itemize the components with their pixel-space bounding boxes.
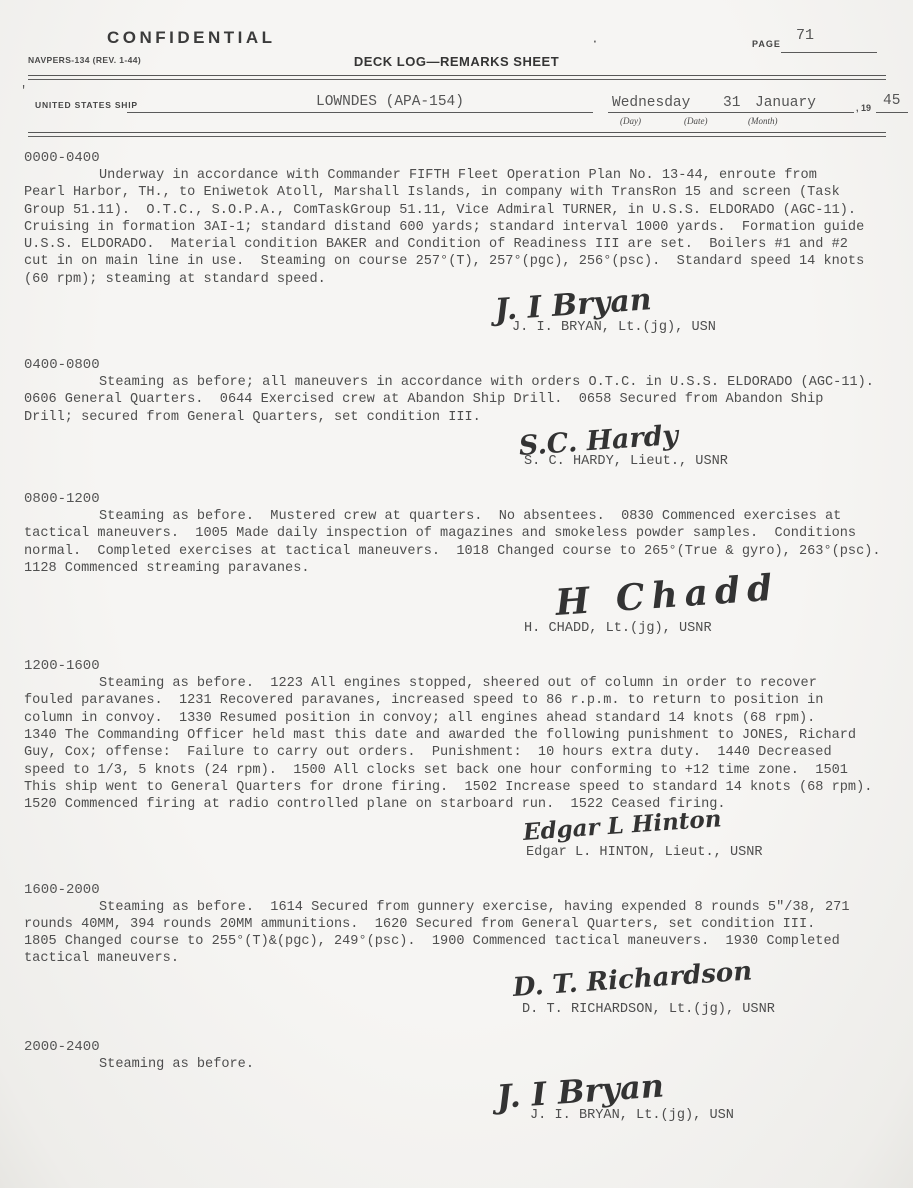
entry-text: Steaming as before. 1614 Secured from gu… (24, 899, 908, 968)
ship-name-line (127, 112, 593, 113)
entry-time-range: 0800-1200 (24, 491, 908, 508)
date-caption: (Date) (684, 116, 708, 126)
signature-block: J. I Bryan J. I. BRYAN, Lt.(jg), USN (502, 1078, 908, 1124)
signature-typed-name: Edgar L. HINTON, Lieut., USNR (526, 844, 908, 861)
scan-artifact-tick: ' (20, 84, 27, 98)
signature-block: D. T. Richardson D. T. RICHARDSON, Lt.(j… (502, 973, 908, 1018)
signature-block: H Chadd H. CHADD, Lt.(jg), USNR (502, 582, 908, 637)
entry-text: Steaming as before. (24, 1056, 908, 1073)
page-label: PAGE (752, 39, 781, 49)
date-month: January (755, 95, 816, 111)
scan-artifact-dot: · (591, 34, 599, 49)
date-line (608, 112, 854, 113)
month-caption: (Month) (748, 116, 778, 126)
classification-stamp: CONFIDENTIAL (107, 28, 276, 48)
header-divider-rule-2 (28, 132, 886, 137)
header-divider-rule (28, 75, 886, 80)
signature-typed-name: D. T. RICHARDSON, Lt.(jg), USNR (522, 1001, 908, 1018)
year-value: 45 (883, 93, 900, 109)
entry-time-range: 2000-2400 (24, 1039, 908, 1056)
signature-block: J. I Bryan J. I. BRYAN, Lt.(jg), USN (502, 293, 908, 336)
page-number-line (781, 52, 877, 53)
entry-time-range: 1600-2000 (24, 882, 908, 899)
entry-text: Underway in accordance with Commander FI… (24, 167, 908, 288)
document-title: DECK LOG—REMARKS SHEET (0, 54, 913, 69)
year-prefix: , 19 (856, 103, 871, 113)
log-entry-1600-2000: 1600-2000 Steaming as before. 1614 Secur… (24, 882, 908, 1018)
year-line (876, 112, 908, 113)
entry-text: Steaming as before; all maneuvers in acc… (24, 374, 908, 426)
log-entry-0400-0800: 0400-0800 Steaming as before; all maneuv… (24, 357, 908, 470)
entry-time-range: 1200-1600 (24, 658, 908, 675)
log-entry-2000-2400: 2000-2400 Steaming as before. J. I Bryan… (24, 1039, 908, 1124)
entry-time-range: 0000-0400 (24, 150, 908, 167)
date-number: 31 (723, 95, 740, 111)
ship-label: UNITED STATES SHIP (35, 100, 138, 110)
log-entry-1200-1600: 1200-1600 Steaming as before. 1223 All e… (24, 658, 908, 860)
signature-block: Edgar L Hinton Edgar L. HINTON, Lieut., … (502, 819, 908, 861)
page-number: 71 (796, 27, 814, 44)
log-entry-0000-0400: 0000-0400 Underway in accordance with Co… (24, 150, 908, 336)
deck-log-page: CONFIDENTIAL · PAGE 71 NAVPERS-134 (REV.… (0, 0, 913, 1188)
signature-block: S.C. Hardy S. C. HARDY, Lieut., USNR (502, 431, 908, 470)
day-caption: (Day) (620, 116, 641, 126)
log-entry-0800-1200: 0800-1200 Steaming as before. Mustered c… (24, 491, 908, 637)
entry-text: Steaming as before. 1223 All engines sto… (24, 675, 908, 813)
log-entries: 0000-0400 Underway in accordance with Co… (24, 150, 908, 1145)
date-day: Wednesday (612, 95, 690, 111)
signature-typed-name: H. CHADD, Lt.(jg), USNR (524, 620, 908, 637)
ship-name: LOWNDES (APA-154) (316, 94, 464, 110)
entry-time-range: 0400-0800 (24, 357, 908, 374)
